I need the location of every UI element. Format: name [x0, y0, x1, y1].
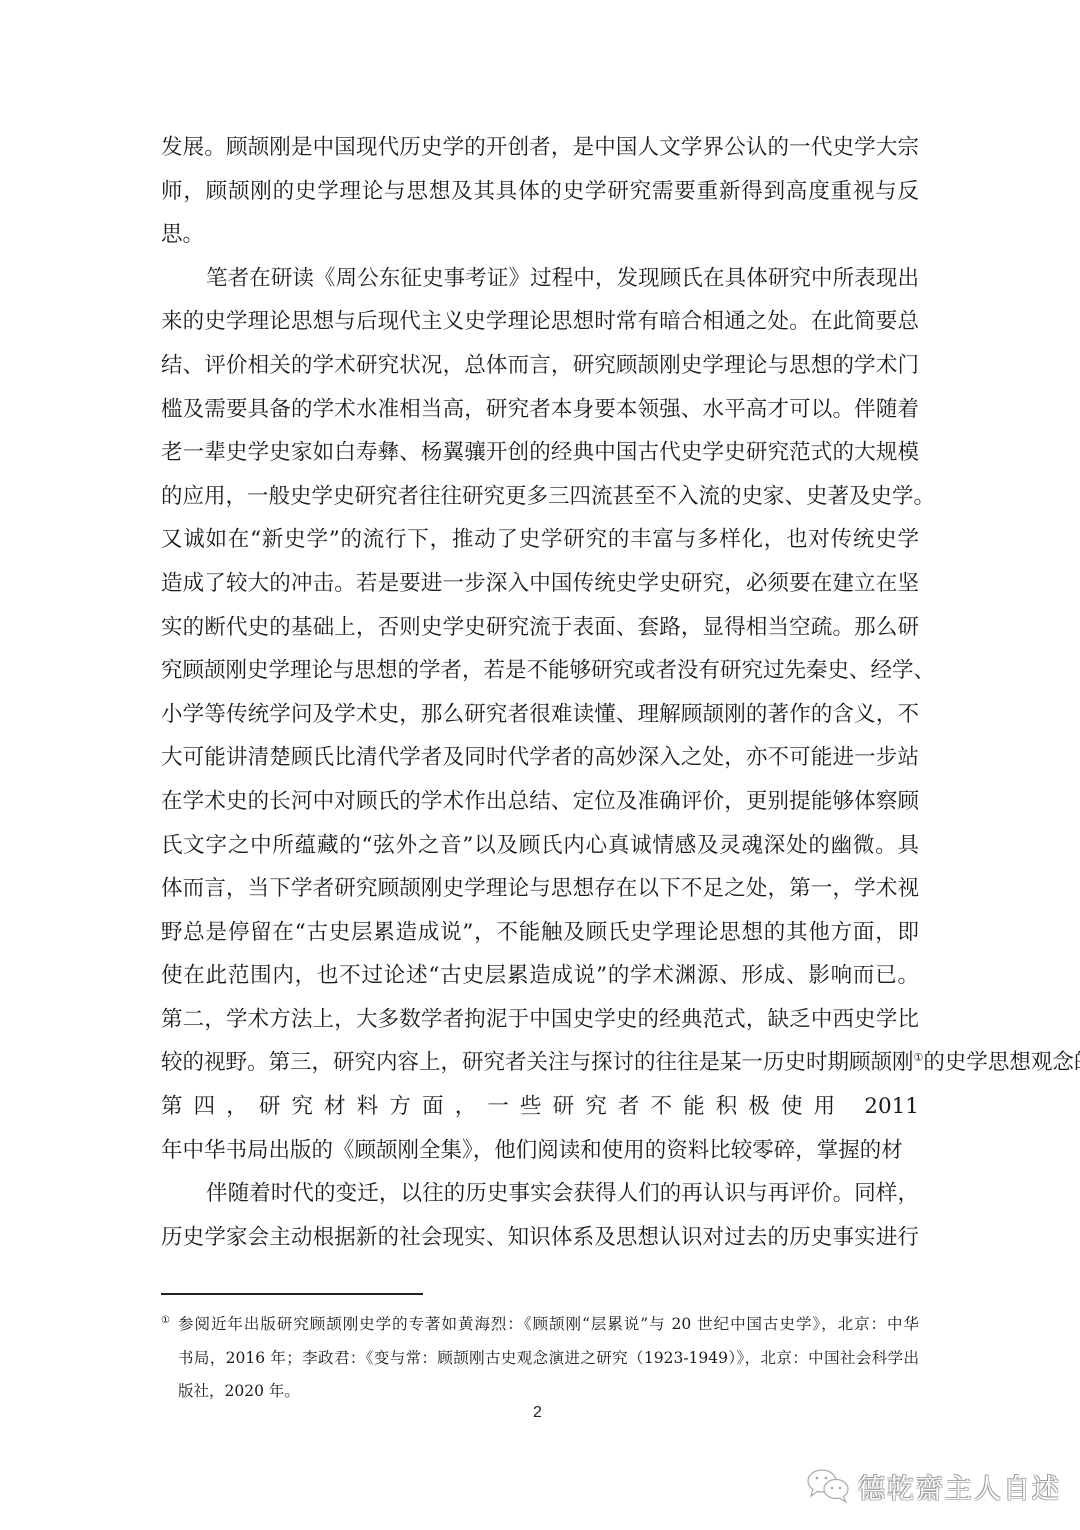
text-line: 又诚如在“新史学”的流行下，推动了史学研究的丰富与多样化，也对传统史学: [161, 518, 919, 562]
text-line: 造成了较大的冲击。若是要进一步深入中国传统史学史研究，必须要在建立在坚: [161, 562, 919, 606]
watermark: 德乾齋主人自述: [806, 1466, 1061, 1506]
text-segment: 的史学思想观念的变化。: [923, 1050, 1080, 1075]
text-line: 结、评价相关的学术研究状况，总体而言，研究顾颉刚史学理论与思想的学术门: [161, 344, 919, 388]
text-line: 实的断代史的基础上，否则史学史研究流于表面、套路，显得相当空疏。那么研: [161, 606, 919, 650]
text-segment: 较的视野。第三，研究内容上，研究者关注与探讨的往往是某一历史时期顾颉刚: [161, 1050, 914, 1075]
footnotes: ① 参阅近年出版研究顾颉刚史学的专著如黄海烈：《顾颉刚“层累说”与 20 世纪中…: [161, 1308, 919, 1409]
text-line: 第四，研究材料方面，一些研究者不能积极使用 2011: [161, 1085, 919, 1129]
text-line: 的应用，一般史学史研究者往往研究更多三四流甚至不入流的史家、史著及史学。: [161, 475, 919, 519]
text-line: 野总是停留在“古史层累造成说”，不能触及顾氏史学理论思想的其他方面，即: [161, 911, 919, 955]
text-line: 来的史学理论思想与后现代主义史学理论思想时常有暗合相通之处。在此简要总: [161, 300, 919, 344]
text-line: 大可能讲清楚顾氏比清代学者及同时代学者的高妙深入之处，亦不可能进一步站: [161, 736, 919, 780]
text-line: 历史学家会主动根据新的社会现实、知识体系及思想认识对过去的历史事实进行: [161, 1216, 919, 1260]
footnote-text: 参阅近年出版研究顾颉刚史学的专著如黄海烈：《顾颉刚“层累说”与 20 世纪中国古…: [178, 1315, 919, 1333]
text-line: 伴随着时代的变迁，以往的历史事实会获得人们的再认识与再评价。同样，: [161, 1172, 919, 1216]
text-line: 小学等传统学问及学术史，那么研究者很难读懂、理解顾颉刚的著作的含义，不: [161, 693, 919, 737]
wechat-icon: [806, 1467, 852, 1505]
text-line: 第二，学术方法上，大多数学者拘泥于中国史学史的经典范式，缺乏中西史学比: [161, 998, 919, 1042]
footnote-marker: ①: [161, 1304, 170, 1338]
text-line: 氏文字之中所蕴藏的“弦外之音”以及顾氏内心真诚情感及灵魂深处的幽微。具: [161, 824, 919, 868]
text-line: 究顾颉刚史学理论与思想的学者，若是不能够研究或者没有研究过先秦史、经学、: [161, 649, 919, 693]
text-line: 槛及需要具备的学术水准相当高，研究者本身要本领强、水平高才可以。伴随着: [161, 388, 919, 432]
body-text: 发展。顾颉刚是中国现代历史学的开创者，是中国人文学界公认的一代史学大宗 师，顾颉…: [161, 126, 919, 1259]
text-line: 在学术史的长河中对顾氏的学术作出总结、定位及准确评价，更别提能够体察顾: [161, 780, 919, 824]
text-line: 发展。顾颉刚是中国现代历史学的开创者，是中国人文学界公认的一代史学大宗: [161, 126, 919, 170]
text-line: 师，顾颉刚的史学理论与思想及其具体的史学研究需要重新得到高度重视与反: [161, 170, 919, 214]
text-line: 年中华书局出版的《顾颉刚全集》，他们阅读和使用的资料比较零碎，掌握的材: [161, 1129, 919, 1173]
footnote-reference[interactable]: ①: [914, 1051, 924, 1064]
footnote-separator: [161, 1293, 423, 1295]
page-number: 2: [533, 1404, 542, 1422]
watermark-text: 德乾齋主人自述: [858, 1467, 1061, 1506]
footnote-line: 书局，2016 年；李政君：《变与常：顾颉刚古史观念演进之研究（1923-194…: [161, 1342, 919, 1376]
text-line: 老一辈史学史家如白寿彝、杨翼骧开创的经典中国古代史学史研究范式的大规模: [161, 431, 919, 475]
footnote-line: ① 参阅近年出版研究顾颉刚史学的专著如黄海烈：《顾颉刚“层累说”与 20 世纪中…: [161, 1308, 919, 1342]
text-line: 使在此范围内，也不过论述“古史层累造成说”的学术渊源、形成、影响而已。: [161, 954, 919, 998]
text-line: 笔者在研读《周公东征史事考证》过程中，发现顾氏在具体研究中所表现出: [161, 257, 919, 301]
document-page: 发展。顾颉刚是中国现代历史学的开创者，是中国人文学界公认的一代史学大宗 师，顾颉…: [0, 0, 1080, 1530]
text-line: 体而言，当下学者研究顾颉刚史学理论与思想存在以下不足之处，第一，学术视: [161, 867, 919, 911]
text-line: 较的视野。第三，研究内容上，研究者关注与探讨的往往是某一历史时期顾颉刚①的史学思…: [161, 1041, 919, 1085]
text-line: 思。: [161, 213, 919, 257]
